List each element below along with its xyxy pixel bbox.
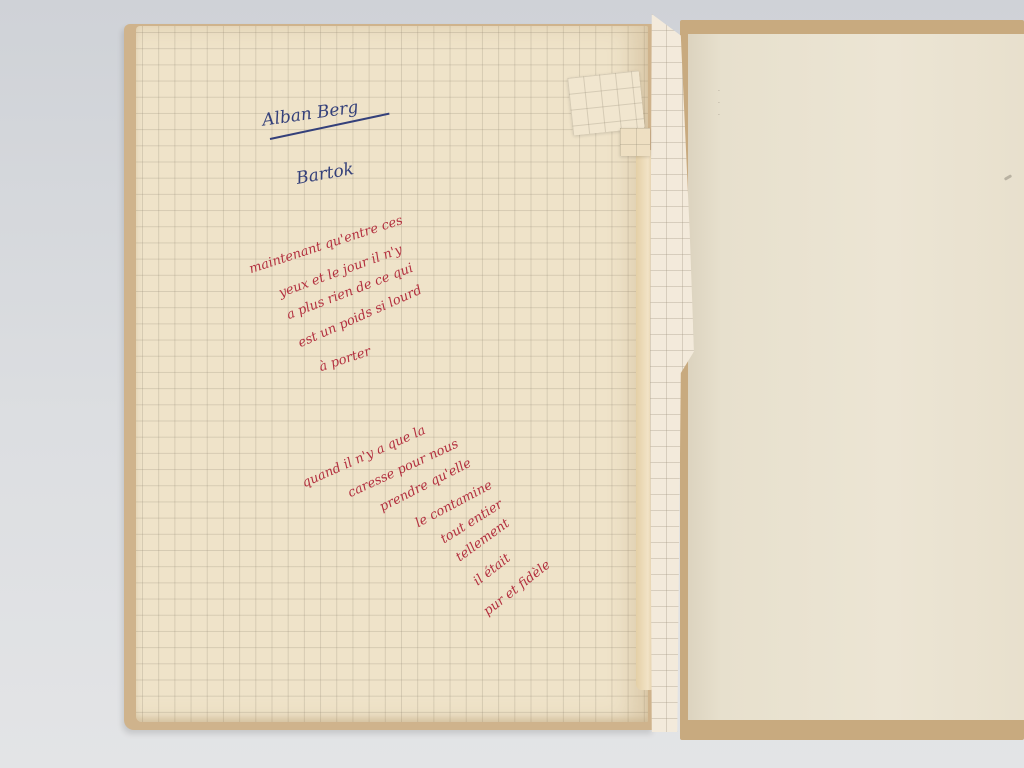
right-endpaper — [688, 34, 1024, 720]
left-grid-page — [136, 26, 648, 722]
torn-paper-scrap — [567, 70, 645, 135]
ink-specks: ··· — [718, 86, 720, 122]
torn-paper-tab — [620, 128, 650, 156]
notebook-photo: ··· Alban Berg Bartok maintenant qu'entr… — [0, 0, 1024, 768]
